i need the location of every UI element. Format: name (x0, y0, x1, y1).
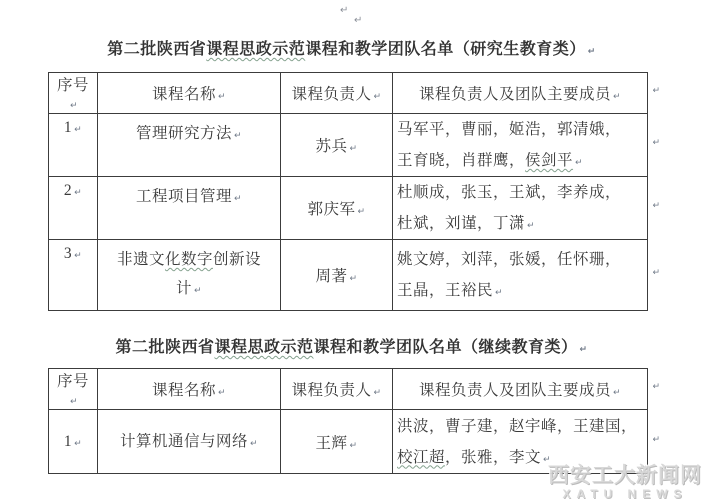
header-cell: 课程负责人及团队主要成员↵ (393, 73, 648, 114)
table-row: 3↵非遗文化数字创新设计↵周著↵姚文婷，刘萍，张媛，任怀珊，王晶，王裕民↵ (49, 240, 648, 311)
cell-end-mark: ↵ (580, 345, 588, 355)
header-cell: 序号↵ (49, 369, 98, 410)
spellcheck-underlined-text: 课程思政示范 (206, 41, 305, 58)
row-number: 1 (64, 119, 72, 136)
header-label: 课程负责人及团队主要成员 (419, 86, 611, 103)
cell-end-mark: ↵ (613, 388, 621, 398)
text-segment: 工程项目管理 (136, 188, 232, 205)
spellcheck-underlined-text: 校江超 (397, 449, 445, 466)
cell-end-mark: ↵ (373, 92, 381, 102)
header-label: 课程名称 (152, 382, 216, 399)
cell-end-mark: ↵ (349, 144, 357, 154)
row-end-mark: ↵ (653, 87, 661, 96)
cell-end-mark: ↵ (70, 101, 78, 111)
header-row: 序号↵课程名称↵课程负责人↵课程负责人及团队主要成员↵ (49, 73, 648, 114)
row-end-mark: ↵ (653, 269, 661, 278)
cell-end-mark: ↵ (194, 286, 202, 296)
cell-end-mark: ↵ (74, 251, 82, 261)
header-label: 序号 (57, 373, 89, 390)
text-segment: ，张雅，李文 (445, 449, 541, 466)
cell-end-mark: ↵ (357, 207, 365, 217)
cell-no: 1↵ (49, 114, 98, 177)
cell-no: 2↵ (49, 177, 98, 240)
header-label: 课程名称 (152, 86, 216, 103)
table-row: 2↵工程项目管理↵郭庆军↵杜顺成，张玉，王斌，李养成，杜斌，刘谨，丁潇↵ (49, 177, 648, 240)
row-number: 1 (64, 433, 72, 450)
cell-end-mark: ↵ (70, 397, 78, 407)
row-end-mark: ↵ (653, 139, 661, 148)
section-title-graduate: 第二批陕西省课程思政示范课程和教学团队名单（研究生教育类）↵ (0, 38, 703, 62)
leader-name: 周著 (315, 268, 347, 285)
cell-course: 工程项目管理↵ (98, 177, 281, 240)
text-segment: 课程和教学团队名单（研究生教育类） (305, 41, 586, 58)
cell-end-mark: ↵ (349, 441, 357, 451)
leader-name: 郭庆军 (307, 201, 355, 218)
text-segment: 第二批陕西省 (115, 339, 214, 356)
cell-end-mark: ↵ (234, 131, 242, 141)
cell-end-mark: ↵ (218, 388, 226, 398)
cell-course: 计算机通信与网络↵ (98, 410, 281, 474)
paragraph-mark: ↵ (354, 15, 362, 26)
text-segment: 杜顺成，张玉，王斌，李养成， (397, 184, 621, 201)
text-segment: 姚文婷，刘萍，张媛，任怀珊， (397, 251, 621, 268)
cell-course: 非遗文化数字创新设计↵ (98, 240, 281, 311)
spellcheck-underlined-text: 化数字 (165, 251, 213, 268)
cell-leader: 郭庆军↵ (281, 177, 393, 240)
watermark-chinese: 西安工大新闻网 (548, 465, 702, 486)
cell-end-mark: ↵ (74, 188, 82, 198)
cell-members: 杜顺成，张玉，王斌，李养成，杜斌，刘谨，丁潇↵ (393, 177, 648, 240)
cell-members: 马军平，曹丽，姬浩，郭清娥，王育晓，肖群鹰，侯剑平↵ (393, 114, 648, 177)
cell-leader: 苏兵↵ (281, 114, 393, 177)
text-segment: 杜斌，刘谨，丁潇 (397, 215, 525, 232)
text-segment: 第二批陕西省 (107, 41, 206, 58)
document-page: ↵ ↵ 第二批陕西省课程思政示范课程和教学团队名单（研究生教育类）↵ 序号↵课程… (0, 0, 703, 500)
paragraph-mark: ↵ (340, 5, 348, 16)
cell-members: 姚文婷，刘萍，张媛，任怀珊，王晶，王裕民↵ (393, 240, 648, 311)
cell-no: 3↵ (49, 240, 98, 311)
cell-end-mark: ↵ (349, 274, 357, 284)
text-segment: 王晶，王裕民 (397, 282, 493, 299)
cell-end-mark: ↵ (250, 439, 258, 449)
row-number: 3 (64, 245, 72, 262)
header-cell: 课程名称↵ (98, 369, 281, 410)
course-table-continuing: 序号↵课程名称↵课程负责人↵课程负责人及团队主要成员↵1↵计算机通信与网络↵王辉… (48, 368, 648, 474)
cell-end-mark: ↵ (613, 92, 621, 102)
row-end-mark: ↵ (653, 436, 661, 445)
text-segment: 马军平，曹丽，姬浩，郭清娥， (397, 121, 621, 138)
leader-name: 苏兵 (315, 138, 347, 155)
watermark-english: XATU NEWS (548, 488, 702, 500)
cell-end-mark: ↵ (495, 288, 503, 298)
cell-end-mark: ↵ (218, 92, 226, 102)
header-label: 序号 (57, 77, 89, 94)
leader-name: 王辉 (315, 435, 347, 452)
cell-leader: 周著↵ (281, 240, 393, 311)
spellcheck-underlined-text: 课程思政示范 (214, 339, 313, 356)
header-row: 序号↵课程名称↵课程负责人↵课程负责人及团队主要成员↵ (49, 369, 648, 410)
header-label: 课程负责人及团队主要成员 (419, 382, 611, 399)
cell-end-mark: ↵ (373, 388, 381, 398)
cell-end-mark: ↵ (527, 221, 535, 231)
text-segment: 创新设 (213, 251, 261, 268)
header-cell: 课程负责人↵ (281, 369, 393, 410)
cell-end-mark: ↵ (74, 439, 82, 449)
text-segment: 非遗文 (117, 251, 165, 268)
header-cell: 课程名称↵ (98, 73, 281, 114)
row-end-mark: ↵ (653, 202, 661, 211)
row-end-mark: ↵ (653, 383, 661, 392)
course-table-graduate: 序号↵课程名称↵课程负责人↵课程负责人及团队主要成员↵1↵管理研究方法↵苏兵↵马… (48, 72, 648, 311)
text-segment: 洪波，曹子建，赵宇峰，王建国， (397, 418, 637, 435)
text-segment: 计算机通信与网络 (120, 433, 248, 450)
header-label: 课程负责人 (291, 86, 371, 103)
text-segment: 管理研究方法 (136, 125, 232, 142)
cell-leader: 王辉↵ (281, 410, 393, 474)
header-label: 课程负责人 (291, 382, 371, 399)
watermark: 西安工大新闻网 XATU NEWS (548, 465, 702, 500)
cell-end-mark: ↵ (234, 194, 242, 204)
text-segment: 计 (176, 280, 192, 297)
cell-end-mark: ↵ (575, 158, 583, 168)
header-cell: 序号↵ (49, 73, 98, 114)
table-row: 1↵管理研究方法↵苏兵↵马军平，曹丽，姬浩，郭清娥，王育晓，肖群鹰，侯剑平↵ (49, 114, 648, 177)
cell-end-mark: ↵ (74, 125, 82, 135)
text-segment: 课程和教学团队名单（继续教育类） (313, 339, 577, 356)
cell-course: 管理研究方法↵ (98, 114, 281, 177)
row-number: 2 (64, 182, 72, 199)
section-title-continuing: 第二批陕西省课程思政示范课程和教学团队名单（继续教育类）↵ (0, 336, 703, 360)
text-segment: 王育晓，肖群鹰， (397, 152, 525, 169)
cell-no: 1↵ (49, 410, 98, 474)
cell-end-mark: ↵ (543, 455, 551, 465)
header-cell: 课程负责人↵ (281, 73, 393, 114)
cell-end-mark: ↵ (588, 47, 596, 57)
spellcheck-underlined-text: 侯剑平 (525, 152, 573, 169)
header-cell: 课程负责人及团队主要成员↵ (393, 369, 648, 410)
